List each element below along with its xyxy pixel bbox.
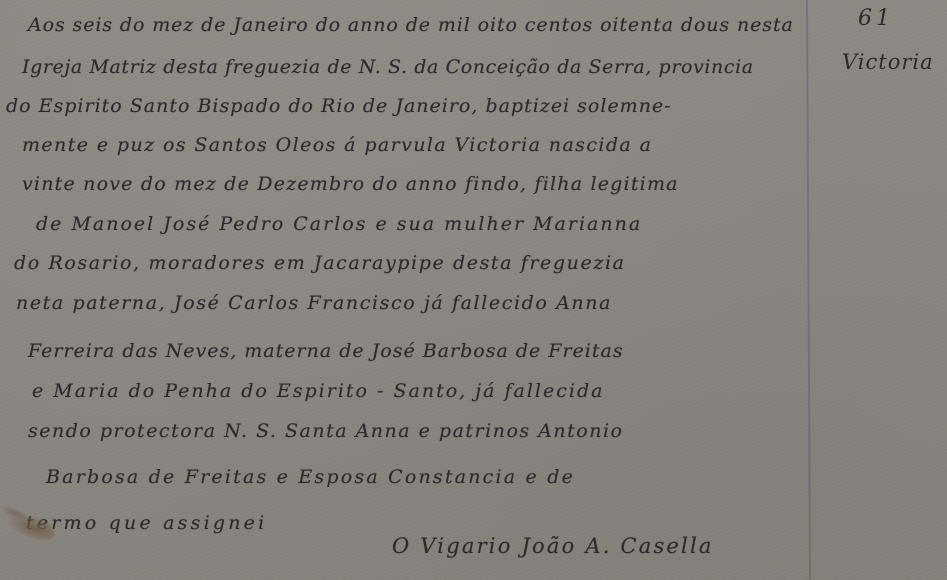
text-line-2: Igreja Matriz desta freguezia de N. S. d…: [22, 56, 754, 78]
text-line-5: vinte nove do mez de Dezembro do anno fi…: [22, 173, 679, 195]
text-line-12: Barbosa de Freitas e Esposa Constancia e…: [46, 466, 575, 488]
signature: O Vigario João A. Casella: [392, 534, 714, 558]
text-line-13: termo que assignei: [26, 512, 267, 534]
text-line-7: do Rosario, moradores em Jacaraypipe des…: [14, 252, 626, 274]
text-line-1: Aos seis do mez de Janeiro do anno de mi…: [28, 14, 794, 36]
entry-number: 61: [858, 6, 894, 31]
text-line-6: de Manoel José Pedro Carlos e sua mulher…: [36, 213, 642, 235]
margin-name: Victoria: [842, 50, 934, 74]
margin-rule-line: [806, 0, 811, 580]
text-line-8: neta paterna, José Carlos Francisco já f…: [16, 292, 612, 314]
text-line-11: sendo protectora N. S. Santa Anna e patr…: [28, 420, 623, 442]
text-line-10: e Maria do Penha do Espirito - Santo, já…: [32, 380, 604, 402]
text-line-9: Ferreira das Neves, materna de José Barb…: [28, 340, 624, 362]
scanned-document-page: Aos seis do mez de Janeiro do anno de mi…: [0, 0, 947, 580]
text-line-4: mente e puz os Santos Oleos á parvula Vi…: [22, 134, 652, 156]
paper-texture: [0, 0, 947, 580]
text-line-3: do Espirito Santo Bispado do Rio de Jane…: [6, 95, 672, 117]
